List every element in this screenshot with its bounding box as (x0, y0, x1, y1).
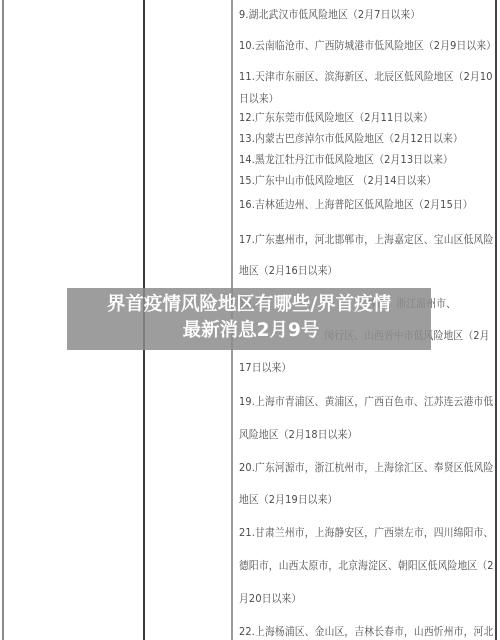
article-title-line-2: 最新消息2月9号 (67, 318, 431, 344)
list-item: 地区（2月19日以来） (239, 492, 338, 507)
article-title-line-1: 界首疫情风险地区有哪些/界首疫情 (67, 292, 431, 318)
list-item: 14.黑龙江牡丹江市低风险地区（2月13日以来） (239, 152, 453, 167)
list-item: 德阳市，山西太原市，北京海淀区、朝阳区低风险地区（2 (239, 558, 494, 573)
list-item: 12.广东东莞市低风险地区（2月11日以来） (239, 110, 433, 125)
list-item: 21.甘肃兰州市，上海静安区，广西崇左市，四川绵阳市、 (239, 525, 493, 540)
table-border-left (2, 0, 4, 640)
list-item: 17日以来） (239, 360, 291, 375)
list-item: 日以来） (239, 91, 279, 106)
list-item: 17.广东惠州市，河北邯郸市，上海嘉定区、宝山区低风险 (239, 232, 493, 247)
list-item: 16.吉林延边州、上海普陀区低风险地区（2月15日） (239, 197, 473, 212)
list-item: 22.上海杨浦区、金山区，吉林长春市，山西忻州市，河北 (239, 624, 493, 639)
article-title-banner[interactable]: 界首疫情风险地区有哪些/界首疫情 最新消息2月9号 (67, 288, 431, 350)
table-border-right (495, 0, 497, 640)
list-item: 11.天津市东丽区、滨海新区、北辰区低风险地区（2月10 (239, 69, 493, 84)
list-item: 10.云南临沧市、广西防城港市低风险地区（2月9日以来） (239, 38, 496, 53)
list-item: 20.广东河源市，浙江杭州市，上海徐汇区、奉贤区低风险 (239, 460, 493, 475)
list-item: 19.上海市青浦区、黄浦区，广西百色市、江苏连云港市低 (239, 394, 493, 409)
list-item: 风险地区（2月18日以来） (239, 427, 357, 442)
list-item: 9.湖北武汉市低风险地区（2月7日以来） (239, 7, 420, 22)
list-item: 月20日以来） (239, 591, 301, 606)
list-item: 13.内蒙古巴彦淖尔市低风险地区（2月12日以来） (239, 131, 463, 146)
list-item: 15.广东中山市低风险地区 （2月14日以来） (239, 173, 436, 188)
list-item: 地区（2月16日以来） (239, 263, 338, 278)
